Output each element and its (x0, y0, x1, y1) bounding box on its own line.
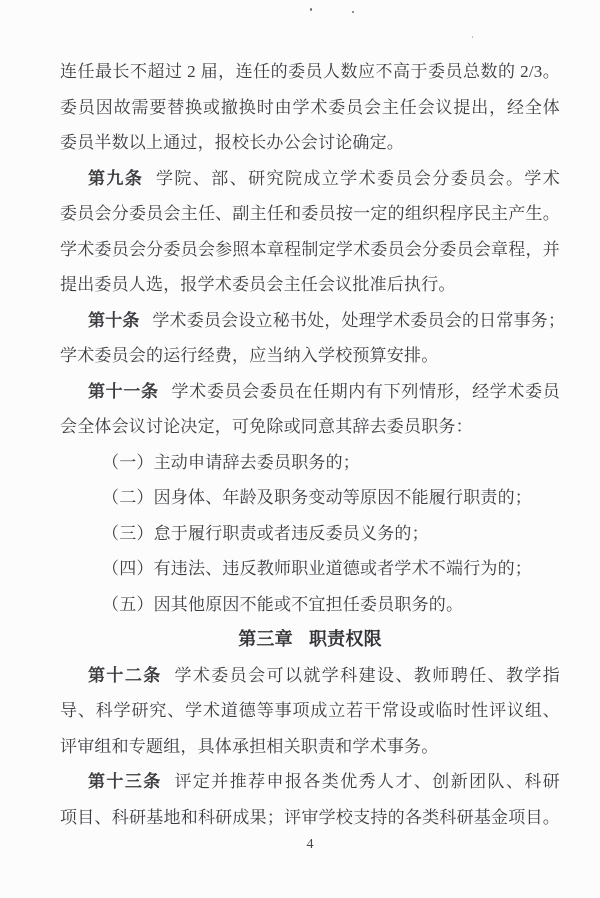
article-number: 第十二条 (88, 666, 162, 685)
text-line: 学术委员会的运行经费，应当纳入学校预算安排。 (60, 338, 560, 374)
article-13-line: 第十三条评定并推荐申报各类优秀人才、创新团队、科研 (60, 764, 560, 800)
list-item: （二）因身体、年龄及职务变动等原因不能履行职责的； (60, 480, 560, 516)
article-number: 第九条 (88, 169, 143, 188)
text-line: 委员半数以上通过，报校长办公会讨论确定。 (60, 125, 560, 161)
chapter-title: 职责权限 (309, 629, 382, 649)
line-text: 学院、部、研究院成立学术委员会分委员会。学术 (156, 169, 560, 188)
text-line: 学术委员会分委员会参照本章程制定学术委员会分委员会章程，并 (60, 232, 560, 268)
article-12-line: 第十二条学术委员会可以就学科建设、教师聘任、教学指 (60, 658, 560, 694)
article-number: 第十一条 (88, 382, 159, 401)
line-text: （一）主动申请辞去委员职务的； (102, 453, 360, 472)
scan-speck (310, 8, 312, 11)
text-line: 会全体会议讨论决定，可免除或同意其辞去委员职务： (60, 409, 560, 445)
scanned-document-page: 连任最长不超过 2 届，连任的委员人数应不高于委员总数的 2/3。 委员因故需要… (0, 0, 600, 898)
line-text: 学术委员会设立秘书处，处理学术委员会的日常事务； (152, 311, 565, 330)
scan-speck (472, 36, 473, 38)
document-body: 连任最长不超过 2 届，连任的委员人数应不高于委员总数的 2/3。 委员因故需要… (60, 54, 560, 835)
article-number: 第十条 (88, 311, 140, 330)
line-text: 学术委员会委员在任期内有下列情形，经学术委员 (171, 382, 560, 401)
chapter-heading: 第三章职责权限 (60, 622, 560, 658)
page-number: 4 (60, 837, 560, 853)
line-text: （三）怠于履行职责或者违反委员义务的； (102, 524, 429, 543)
text-line: 评审组和专题组，具体承担相关职责和学术事务。 (60, 729, 560, 765)
article-10-line: 第十条学术委员会设立秘书处，处理学术委员会的日常事务； (60, 303, 560, 339)
line-text: 会全体会议讨论决定，可免除或同意其辞去委员职务： (60, 417, 473, 436)
article-9-line: 第九条学院、部、研究院成立学术委员会分委员会。学术 (60, 161, 560, 197)
line-text: 项目、科研基地和科研成果；评审学校支持的各类科研基金项目。 (60, 808, 560, 827)
line-text: 连任最长不超过 2 届，连任的委员人数应不高于委员总数的 2/3。 (60, 62, 560, 81)
line-text: （五）因其他原因不能或不宜担任委员职务的。 (102, 595, 463, 614)
text-line: 项目、科研基地和科研成果；评审学校支持的各类科研基金项目。 (60, 800, 560, 836)
line-text: 委员半数以上通过，报校长办公会讨论确定。 (60, 133, 404, 152)
article-11-line: 第十一条学术委员会委员在任期内有下列情形，经学术委员 (60, 374, 560, 410)
line-text: （二）因身体、年龄及职务变动等原因不能履行职责的； (102, 488, 532, 507)
line-text: 提出委员人选，报学术委员会主任会议批准后执行。 (60, 275, 456, 294)
article-number: 第十三条 (88, 772, 162, 791)
text-line: 提出委员人选，报学术委员会主任会议批准后执行。 (60, 267, 560, 303)
line-text: （四）有违法、违反教师职业道德或者学术不端行为的； (102, 559, 532, 578)
line-text: 评审组和专题组，具体承担相关职责和学术事务。 (60, 737, 438, 756)
line-text: 导、科学研究、学术道德等事项成立若干常设或临时性评议组、 (60, 701, 560, 720)
list-item: （三）怠于履行职责或者违反委员义务的； (60, 516, 560, 552)
text-line: 委员因故需要替换或撤换时由学术委员会主任会议提出，经全体 (60, 90, 560, 126)
line-text: 学术委员会分委员会参照本章程制定学术委员会分委员会章程，并 (60, 240, 560, 259)
line-text: 学术委员会的运行经费，应当纳入学校预算安排。 (60, 346, 438, 365)
text-line: 连任最长不超过 2 届，连任的委员人数应不高于委员总数的 2/3。 (60, 54, 560, 90)
text-line: 导、科学研究、学术道德等事项成立若干常设或临时性评议组、 (60, 693, 560, 729)
line-text: 委员因故需要替换或撤换时由学术委员会主任会议提出，经全体 (60, 98, 560, 117)
scan-speck (352, 11, 354, 13)
list-item: （五）因其他原因不能或不宜担任委员职务的。 (60, 587, 560, 623)
line-text: 学术委员会可以就学科建设、教师聘任、教学指 (174, 666, 560, 685)
text-line: 委员会分委员会主任、副主任和委员按一定的组织程序民主产生。 (60, 196, 560, 232)
list-item: （四）有违法、违反教师职业道德或者学术不端行为的； (60, 551, 560, 587)
chapter-number: 第三章 (238, 629, 293, 649)
line-text: 评定并推荐申报各类优秀人才、创新团队、科研 (174, 772, 560, 791)
list-item: （一）主动申请辞去委员职务的； (60, 445, 560, 481)
line-text: 委员会分委员会主任、副主任和委员按一定的组织程序民主产生。 (60, 204, 560, 223)
